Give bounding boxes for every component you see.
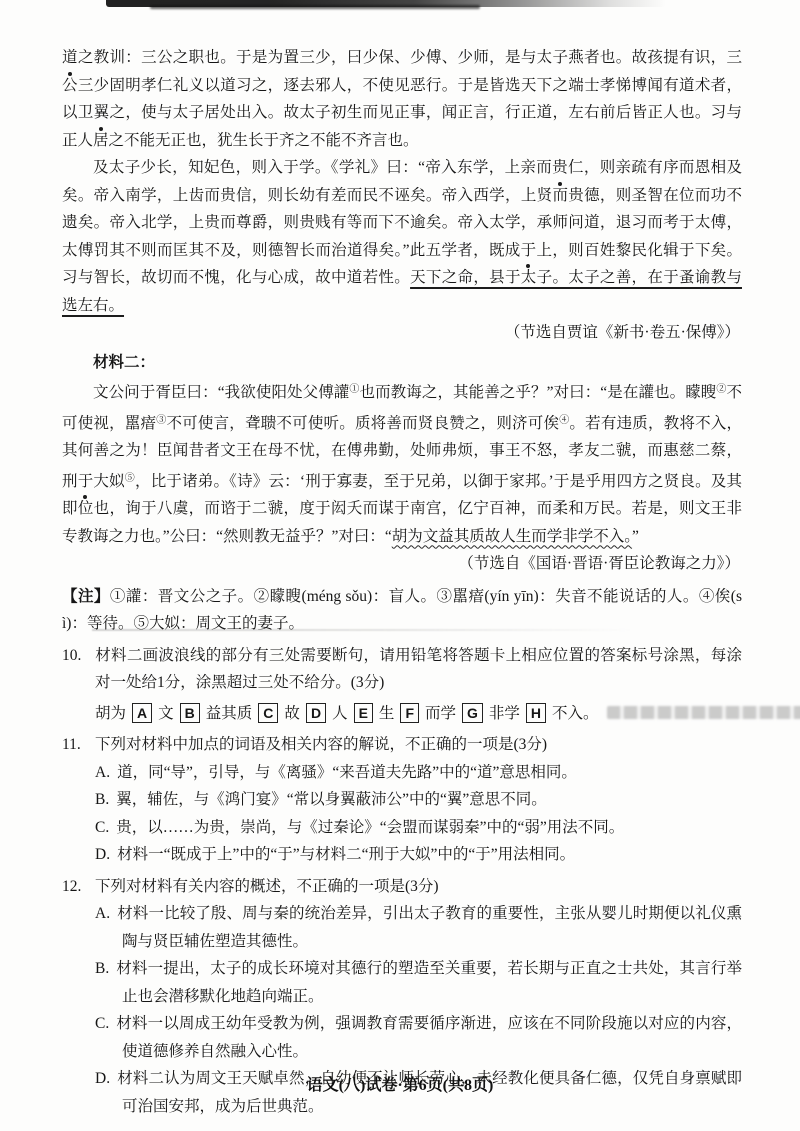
option-text: 翼，辅佐，与《鸿门宴》“常以身翼蔽沛公”中的“翼”意思不同。: [116, 791, 547, 808]
question-11-option-d: D.材料一“既成于上”中的“于”与材料二“刑于大姒”中的“于”用法相同。: [95, 841, 742, 869]
question-11-option-a: A.道，同“导”，引导，与《离骚》“来吾道夫先路”中的“道”意思相同。: [95, 759, 742, 787]
note-ref-1: ①: [349, 384, 359, 395]
emphasized-char-dao: 道: [62, 44, 78, 72]
note-ref-5: ⑤: [125, 473, 135, 484]
option-label: C.: [95, 814, 109, 842]
material1-paragraph-1: 道之教训：三公之职也。于是为置三少，曰少保、少傅、少师，是与太子燕者也。故孩提有…: [62, 44, 742, 154]
scan-edge-artifact-dark: [150, 5, 480, 9]
notes-label: 【注】: [62, 588, 110, 605]
note-ref-2: ②: [716, 384, 726, 395]
page-content: 道之教训：三公之职也。于是为置三少，曰少保、少傅、少师，是与太子燕者也。故孩提有…: [62, 44, 742, 1120]
option-label: D.: [95, 841, 110, 869]
answer-text: 人: [332, 705, 348, 722]
answer-box-c[interactable]: C: [258, 703, 278, 723]
note-ref-4: ④: [559, 415, 569, 426]
emphasized-char-gui: 贵: [552, 154, 568, 182]
note-ref-3: ③: [156, 415, 166, 426]
answer-box-f[interactable]: F: [400, 703, 419, 723]
question-10-answer-line: 胡为A文B益其质C故D人E生F而学G非学H不入。: [95, 700, 742, 728]
bleedthrough-text-artifact: [607, 706, 800, 719]
body-text: ”: [632, 528, 639, 545]
wavy-underlined-sentence: 胡为文益其质故人生而学非学不入。: [392, 528, 632, 545]
question-10-number: 10.: [62, 642, 95, 670]
answer-text: 生: [379, 705, 395, 722]
body-text: 不可使言，聋聩不可使听。质将善而贤良赞之，则济可俟: [166, 415, 559, 432]
exam-page: 道之教训：三公之职也。于是为置三少，曰少保、少傅、少师，是与太子燕者也。故孩提有…: [0, 0, 800, 1131]
body-text: 文公问于胥臣曰：“我欲使阳处父傅讙: [93, 384, 349, 401]
option-text: 材料一比较了殷、周与秦的统治差异，引出太子教育的重要性，主张从婴儿时期便以礼仪熏…: [117, 905, 742, 950]
option-label: B.: [95, 786, 109, 814]
question-12-stem: 12.下列对材料有关内容的概述，不正确的一项是(3分): [62, 873, 742, 901]
question-12-option-a: A.材料一比较了殷、周与秦的统治差异，引出太子教育的重要性，主张从婴儿时期便以礼…: [95, 900, 742, 955]
question-12-stem-text: 下列对材料有关内容的概述，不正确的一项是(3分): [95, 878, 439, 895]
answer-text: 益其质: [206, 705, 253, 722]
answer-text: 非学: [489, 705, 520, 722]
option-label: A.: [95, 900, 110, 928]
option-text: 材料一“既成于上”中的“于”与材料二“刑于大姒”中的“于”用法相同。: [117, 846, 575, 863]
answer-text: 不入。: [552, 705, 599, 722]
answer-box-b[interactable]: B: [180, 703, 200, 723]
footnotes: 【注】①讙：晋文公之子。②矇瞍(méng sǒu)：盲人。③嚚瘖(yín yīn…: [62, 583, 742, 638]
answer-box-h[interactable]: H: [526, 703, 546, 723]
material2-paragraph: 文公问于胥臣曰：“我欲使阳处父傅讙①也而教诲之，其能善之乎？”对曰：“是在讙也。…: [62, 376, 742, 550]
answer-text: 故: [284, 705, 300, 722]
question-10: 10.材料二画波浪线的部分有三处需要断句，请用铅笔将答题卡上相应位置的答案标号涂…: [62, 642, 742, 728]
answer-box-e[interactable]: E: [354, 703, 373, 723]
question-10-stem: 10.材料二画波浪线的部分有三处需要断句，请用铅笔将答题卡上相应位置的答案标号涂…: [62, 642, 742, 697]
body-text: 大姒: [93, 473, 125, 490]
emphasized-char-yu2: 于: [78, 468, 94, 496]
answer-box-g[interactable]: G: [462, 703, 483, 723]
body-text: 及太子少长，知妃色，则入于学。《学礼》曰：“帝入东学，上亲而: [93, 159, 552, 176]
answer-text: 而学: [425, 705, 456, 722]
answer-box-d[interactable]: D: [306, 703, 326, 723]
question-12-number: 12.: [62, 873, 95, 901]
question-12-option-b: B.材料一提出，太子的成长环境对其德行的塑造至关重要，若长期与正直之士共处，其言…: [95, 955, 742, 1010]
option-label: A.: [95, 759, 110, 787]
question-11-option-c: C.贵，以……为贵，崇尚，与《过秦论》“会盟而谋弱秦”中的“弱”用法不同。: [95, 814, 742, 842]
body-text: 也而教诲之，其能善之乎？”对曰：“是在讙也。矇瞍: [360, 384, 717, 401]
question-11-stem: 11.下列对材料中加点的词语及相关内容的解说，不正确的一项是(3分): [62, 731, 742, 759]
question-11-option-b: B.翼，辅佐，与《鸿门宴》“常以身翼蔽沛公”中的“翼”意思不同。: [95, 786, 742, 814]
option-text: 道，同“导”，引导，与《离骚》“来吾道夫先路”中的“道”意思相同。: [117, 764, 577, 781]
notes-text: ①讙：晋文公之子。②矇瞍(méng sǒu)：盲人。③嚚瘖(yín yīn)：失…: [62, 588, 742, 633]
answer-text: 文: [158, 705, 174, 722]
material2-heading: 材料二：: [62, 349, 742, 377]
option-label: C.: [95, 1010, 109, 1038]
material1-citation: （节选自贾谊《新书·卷五·保傅》）: [62, 319, 742, 347]
emphasized-char-yi: 翼: [94, 99, 110, 127]
page-footer: 语文(八)试卷·第6页(共8页): [0, 1072, 800, 1095]
material1-paragraph-2: 及太子少长，知妃色，则入于学。《学礼》曰：“帝入东学，上亲而贵仁，则亲疏有序而恩…: [62, 154, 742, 319]
question-10-stem-text: 材料二画波浪线的部分有三处需要断句，请用铅笔将答题卡上相应位置的答案标号涂黑，每…: [95, 647, 742, 692]
option-text: 贵，以……为贵，崇尚，与《过秦论》“会盟而谋弱秦”中的“弱”用法不同。: [116, 819, 624, 836]
question-11-stem-text: 下列对材料中加点的词语及相关内容的解说，不正确的一项是(3分): [95, 736, 547, 753]
material2-citation: （节选自《国语·晋语·胥臣论教诲之力》）: [62, 550, 742, 578]
body-text: 之，使与太子居处出入。故太子初生而见正事，闻正言，行正道，左右前后皆正人也。习与…: [62, 104, 742, 149]
option-text: 材料一以周成王幼年受教为例，强调教育需要循序渐进，应该在不同阶段施以对应的内容，…: [116, 1015, 742, 1060]
emphasized-char-yu: 于: [521, 237, 537, 265]
question-11-number: 11.: [62, 731, 95, 759]
option-text: 材料一提出，太子的成长环境对其德行的塑造至关重要，若长期与正直之士共处，其言行举…: [116, 960, 742, 1005]
option-label: B.: [95, 955, 109, 983]
answer-box-a[interactable]: A: [132, 703, 152, 723]
answer-text: 胡为: [95, 705, 126, 722]
question-11: 11.下列对材料中加点的词语及相关内容的解说，不正确的一项是(3分) A.道，同…: [62, 731, 742, 869]
question-12-option-c: C.材料一以周成王幼年受教为例，强调教育需要循序渐进，应该在不同阶段施以对应的内…: [95, 1010, 742, 1065]
